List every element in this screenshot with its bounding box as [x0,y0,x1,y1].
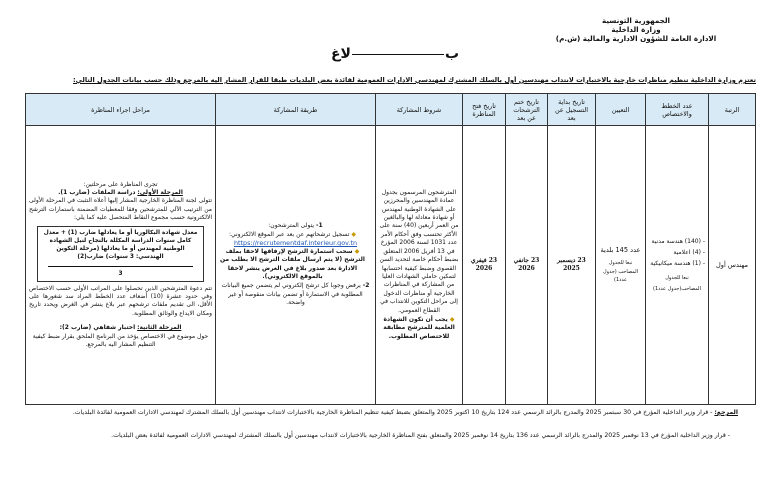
header-assignment: التعيين [596,94,646,126]
formula-denominator: 3 [42,270,199,278]
cell-rank: مهندس أول [709,126,756,405]
letterhead-ministry: وزارة الداخلية [526,25,746,34]
cell-reg-end: 23 جانفي 2026 [506,126,548,405]
bullet-icon: ◆ [450,316,455,323]
method-item-2: 2- يرفض وجوبا كل ترشح إلكتروني لم يتضمن … [219,282,372,307]
plan-item: - (140) هندسة مدنية [649,236,705,247]
intro-paragraph: تعتزم وزارة الداخلية تنظيم مناظرات خارجي… [18,76,756,84]
assignment-main: عدد 145 بلدية [599,245,642,255]
scoring-formula: معدل شهادة البكالوريا أو ما يعادلها ضارب… [37,226,204,282]
cell-exam-open: 23 فيفري 2026 [463,126,506,405]
letterhead-department: الادارة العامة للشؤون الادارية والمالية … [526,34,746,43]
bullet-icon: ◆ [355,248,360,255]
stage2-text: حول موضوع في الاختصاص يؤخذ من البرنامج ا… [29,333,212,350]
table-header-row: الرتبة عدد الخطط والاختصاص التعيين تاريخ… [26,94,756,126]
method-sub-1: ◆ تسجيل ترشحاتهم عن بعد عبر الموقع الالك… [219,231,372,239]
reference-1: المرجع: - قرار وزير الداخلية المؤرخ في 3… [28,408,738,417]
after-formula-text: تتم دعوة المترشحين الذين تحصلوا على المر… [29,285,212,319]
reference-2: - قرار وزير الداخلية المؤرخ في 13 نوفمبر… [28,431,738,440]
bullet-icon: ◆ [351,231,356,238]
stage1-text: تتولى لجنة المناظرة الخارجية المشار إليه… [29,197,212,222]
fraction-line [48,266,193,267]
plan-item: - (1) هندسة ميكانيكية [649,258,705,269]
method-sub-2: ◆ سحب استمارة الترشح لإرفاقها لاحقا بملف… [219,248,372,282]
cell-method: 1- يتولى المترشحون: ◆ تسجيل ترشحاتهم عن … [216,126,376,405]
table-row: مهندس أول - (140) هندسة مدنية - (4) اعلا… [26,126,756,405]
cell-assignment: عدد 145 بلدية تبعا للجدول المصاحب (جدول … [596,126,646,405]
cell-reg-start: 23 ديسمبر 2025 [548,126,596,405]
registration-link[interactable]: https://recrutementdaf.interieur.gov.tn [219,239,372,247]
competition-table: الرتبة عدد الخطط والاختصاص التعيين تاريخ… [25,93,756,405]
header-exam-open: تاريخ فتح المناظرة [463,94,506,126]
plan-item: - (4) اعلامية [649,247,705,258]
letterhead-country: الجمهورية التونسية [526,16,746,25]
header-reg-start: تاريخ بداية التسجيل عن بعد [548,94,596,126]
title-text: بلاغ [331,46,459,62]
cell-conditions: المترشحون المرسمون بجدول عمادة المهندسين… [376,126,463,405]
page-title: بلاغ [320,46,470,62]
assignment-note: تبعا للجدول المصاحب (جدول عدد1) [599,259,642,284]
stage2-heading: المرحلة الثانية: اختبار شفاهي (ضارب 2): [29,324,212,332]
formula-numerator: معدل شهادة البكالوريا أو ما يعادلها ضارب… [42,229,199,262]
references: المرجع: - قرار وزير الداخلية المؤرخ في 3… [28,408,738,440]
header-stages: مراحل اجراء المناظرة [26,94,216,126]
cell-stages: تجرى المناظرة على مرحلتين: المرحلة الأول… [26,126,216,405]
conditions-text: المترشحون المرسمون بجدول عمادة المهندسين… [379,189,459,315]
header-rank: الرتبة [709,94,756,126]
stages-intro: تجرى المناظرة على مرحلتين: [29,181,212,189]
cell-plans: - (140) هندسة مدنية - (4) اعلامية - (1) … [646,126,709,405]
conditions-note: ◆ يجب أن تكون الشهادة العلمية للمترشح مط… [379,316,459,341]
header-plans: عدد الخطط والاختصاص [646,94,709,126]
letterhead: الجمهورية التونسية وزارة الداخلية الادار… [526,16,746,43]
header-reg-end: تاريخ ختم الترشحات عن بعد [506,94,548,126]
plans-note: تبعا للجدول المصاحب(جدول عدد1) [649,273,705,295]
header-method: طريقة المشاركة [216,94,376,126]
method-item-1: 1- يتولى المترشحون: [219,222,372,230]
header-conditions: شروط المشاركة [376,94,463,126]
